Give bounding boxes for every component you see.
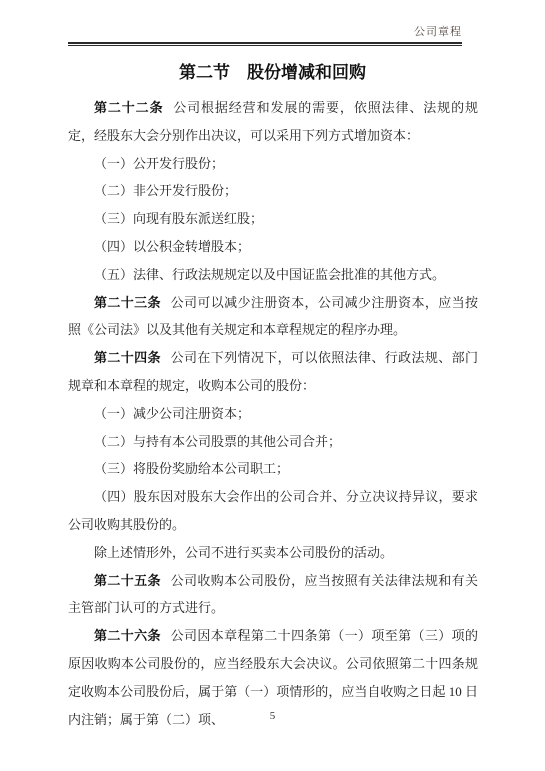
article-paragraph: 第二十三条公司可以减少注册资本，公司减少注册资本，应当按照《公司法》以及其他有关…: [68, 289, 478, 345]
list-item: （三）向现有股东派送红股；: [68, 205, 478, 233]
list-item: （三）将股份奖励给本公司职工；: [68, 455, 478, 483]
page-header: 公司章程: [0, 0, 545, 42]
header-rule: [68, 42, 462, 46]
article-paragraph: 第二十四条公司在下列情况下，可以依照法律、行政法规、部门规章和本章程的规定，收购…: [68, 344, 478, 400]
article-number: 第二十三条: [94, 295, 161, 310]
list-item: （一）减少公司注册资本；: [68, 400, 478, 428]
article-paragraph: 第二十二条公司根据经营和发展的需要，依照法律、法规的规定，经股东大会分别作出决议…: [68, 94, 478, 150]
body-paragraph: 除上述情形外，公司不进行买卖本公司股份的活动。: [68, 539, 478, 567]
section-title: 第二节 股份增减和回购: [0, 62, 545, 84]
article-number: 第二十四条: [94, 350, 161, 365]
list-item: （五）法律、行政法规规定以及中国证监会批准的其他方式。: [68, 261, 478, 289]
list-item: （二）非公开发行股份；: [68, 177, 478, 205]
document-page: 公司章程 第二节 股份增减和回购 第二十二条公司根据经营和发展的需要，依照法律、…: [0, 0, 545, 771]
list-item: （四）以公积金转增股本；: [68, 233, 478, 261]
article-number: 第二十六条: [94, 628, 161, 643]
article-paragraph: 第二十五条公司收购本公司股份，应当按照有关法律法规和有关主管部门认可的方式进行。: [68, 567, 478, 623]
document-body: 第二十二条公司根据经营和发展的需要，依照法律、法规的规定，经股东大会分别作出决议…: [68, 94, 478, 733]
list-item: （一）公开发行股份；: [68, 150, 478, 178]
article-number: 第二十二条: [94, 100, 163, 115]
header-label: 公司章程: [414, 26, 462, 38]
page-number: 5: [0, 709, 545, 723]
list-item: （二）与持有本公司股票的其他公司合并；: [68, 428, 478, 456]
list-item: （四）股东因对股东大会作出的公司合并、分立决议持异议，要求公司收购其股份的。: [68, 483, 478, 539]
article-number: 第二十五条: [94, 573, 161, 588]
